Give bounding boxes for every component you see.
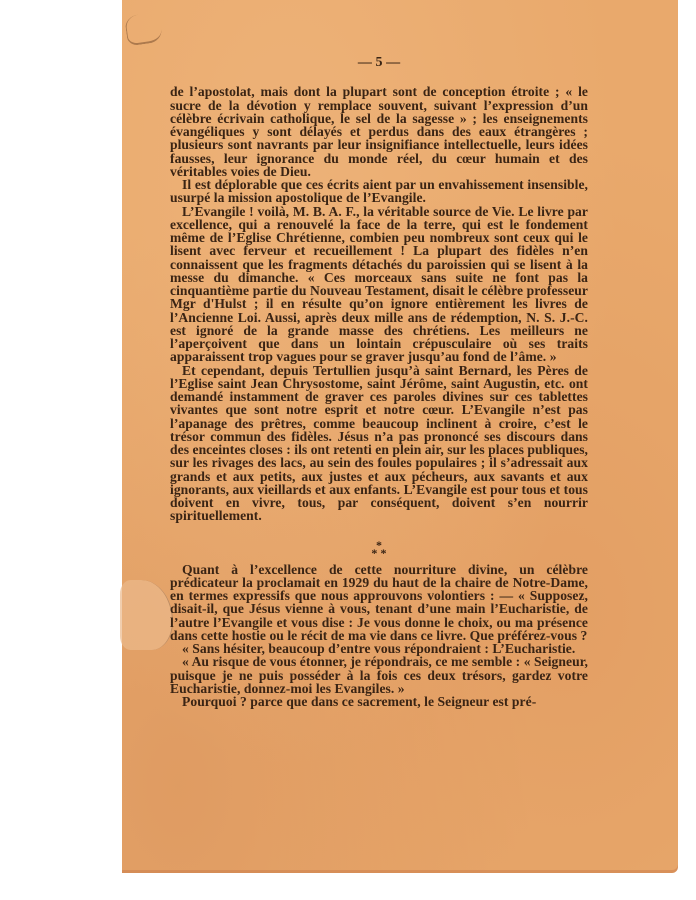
paragraph: Pourquoi ? parce que dans ce sacrement, … [170,695,588,708]
paper-tear-mark [120,580,173,650]
page-number: — 5 — [170,56,588,69]
paragraph: « Sans hésiter, beaucoup d’entre vous ré… [170,642,588,655]
paragraph: « Au risque de vous étonner, je répondra… [170,655,588,695]
section-separator: * * * [170,541,588,557]
separator-stars-bottom: * * [170,549,588,557]
paragraph: Quant à l’excellence de cette nourriture… [170,563,588,643]
paragraph: de l’apostolat, mais dont la plupart son… [170,85,588,178]
paragraph: Il est déplorable que ces écrits aient p… [170,178,588,205]
paper-crease-mark [124,12,163,47]
page-text: — 5 — de l’apostolat, mais dont la plupa… [170,56,588,708]
paragraph: L’Evangile ! voilà, M. B. A. F., la véri… [170,205,588,364]
paragraph: Et cependant, depuis Tertullien jusqu’à … [170,364,588,523]
